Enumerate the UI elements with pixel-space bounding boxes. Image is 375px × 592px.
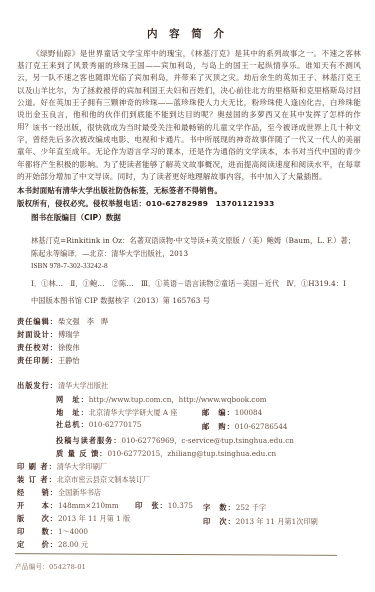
divider-rule — [15, 553, 337, 556]
address-value: 北京清华大学学研大厦 A 座 — [89, 408, 178, 417]
switchboard-line: 社总机：010-62770175 — [56, 420, 142, 430]
staff-cover-design: 封面设计：傅瑞学 — [17, 330, 80, 340]
product-code: 产品编号：054278-01 — [15, 561, 86, 571]
format-label: 开 本： — [17, 501, 58, 510]
binder-value: 北京市密云县京文制本装订厂 — [57, 475, 150, 484]
cip-line-title: 林基汀克=Rinkitink in Oz：名著双语读物·中文导读+英文原版 /（… — [31, 236, 366, 246]
distributor-label: 经 销： — [17, 488, 58, 497]
impression-value: 2013 年 11 月第1次印刷 — [236, 517, 318, 526]
sheets-value: 10.375 — [168, 501, 193, 510]
edition-line: 版 次：2013 年 11 月第 1 版 — [17, 514, 130, 524]
synopsis-paragraph-1: 《绿野仙踪》是世界童话文学宝库中的瑰宝，《林基汀克》是其中的系列故事之一。不速之… — [17, 48, 361, 133]
staff-label: 责任印制： — [17, 356, 58, 365]
format-value: 148mm×210mm — [58, 501, 119, 510]
switchboard-value: 010-62770175 — [89, 420, 142, 429]
staff-value: 徐俊伟 — [58, 343, 80, 352]
format-line: 开 本：148mm×210mm — [17, 501, 119, 511]
address-label: 地 址： — [56, 408, 89, 417]
postcode-label: 邮 编： — [202, 408, 235, 417]
word-count-label: 字 数： — [203, 503, 236, 512]
website-value[interactable]: http://www.tup.com.cn，http://www.wqbook.… — [89, 395, 267, 404]
page-title: 内 容 简 介 — [0, 26, 375, 41]
staff-value: 柴文强 李 晔 — [58, 317, 108, 326]
staff-editor: 责任编辑：柴文强 李 晔 — [17, 317, 108, 327]
copies-value: 1～4000 — [58, 527, 88, 536]
price-label: 定 价： — [17, 540, 58, 549]
distributor-value: 全国新华书店 — [58, 488, 101, 497]
word-count-line: 字 数：252 千字 — [203, 503, 266, 513]
synopsis-paragraph-2: 该书一经出版，很快就成为当时最受关注和最畅销的儿童文学作品，至今被译成世界上几十… — [17, 122, 361, 183]
binder-label: 装 订 者： — [17, 475, 57, 484]
printer-label: 印 刷 者： — [17, 462, 57, 471]
sheets-line: 印 张：10.375 — [135, 501, 193, 511]
cip-line-classification: Ⅰ．①林… Ⅱ．①鲍… ②陈… Ⅲ．①英语－语言读物②童话－美国－近代 Ⅳ．①H… — [31, 279, 366, 289]
reader-service-label: 投稿与读者服务： — [56, 436, 122, 445]
reader-service-value[interactable]: 010-62776969，c-service@tup.tsinghua.edu.… — [122, 436, 294, 445]
mail-order-label: 邮 购： — [202, 422, 235, 431]
impression-line: 印 次：2013 年 11 月第1次印刷 — [203, 517, 318, 527]
impression-label: 印 次： — [203, 517, 236, 526]
cip-heading: 图书在版编目（CIP）数据 — [31, 212, 121, 223]
website-line: 网 址：http://www.tup.com.cn，http://www.wqb… — [56, 395, 267, 405]
postcode-value: 100084 — [235, 408, 262, 417]
edition-value: 2013 年 11 月第 1 版 — [58, 514, 130, 523]
printer-line: 印 刷 者：清华大学印刷厂 — [17, 462, 107, 472]
cip-line-isbn: ISBN 978-7-302-33242-8 — [31, 262, 366, 270]
copyright-notice: 版权所有，侵权必究。侵权举报电话：010-62782989 1370112193… — [17, 198, 361, 209]
staff-label: 责任校对： — [17, 343, 58, 352]
publisher-value: 清华大学出版社 — [58, 381, 108, 390]
copies-label: 印 数： — [17, 527, 58, 536]
word-count-value: 252 千字 — [236, 503, 266, 512]
address-line: 地 址：北京清华大学学研大厦 A 座 — [56, 408, 178, 418]
quality-feedback-line: 质 量 反 馈：010-62772015，zhiliang@tup.tsingh… — [56, 449, 276, 459]
anti-counterfeit-notice: 本书封面贴有清华大学出版社防伪标签，无标签者不得销售。 — [17, 185, 361, 196]
edition-label: 版 次： — [17, 514, 58, 523]
staff-print-supervisor: 责任印制：王静怡 — [17, 356, 80, 366]
distributor-line: 经 销：全国新华书店 — [17, 488, 101, 498]
staff-label: 封面设计： — [17, 330, 58, 339]
price-value: 28.00 元 — [58, 540, 88, 549]
publisher-line: 出版发行：清华大学出版社 — [17, 381, 108, 391]
binder-line: 装 订 者：北京市密云县京文制本装订厂 — [17, 475, 150, 485]
staff-value: 王静怡 — [58, 356, 80, 365]
cip-line-publisher: 陈起永等编译．—北京：清华大学出版社，2013 — [31, 249, 366, 259]
website-label: 网 址： — [56, 395, 89, 404]
mail-order-line: 邮 购：010-62786544 — [202, 422, 288, 432]
sheets-label: 印 张： — [135, 501, 168, 510]
publisher-label: 出版发行： — [17, 381, 58, 390]
staff-proofreader: 责任校对：徐俊伟 — [17, 343, 80, 353]
reader-service-line: 投稿与读者服务：010-62776969，c-service@tup.tsing… — [56, 436, 294, 446]
postcode-line: 邮 编：100084 — [202, 408, 262, 418]
switchboard-label: 社总机： — [56, 420, 89, 429]
printer-value: 清华大学印刷厂 — [57, 462, 107, 471]
copyright-page: 内 容 简 介 《绿野仙踪》是世界童话文学宝库中的瑰宝，《林基汀克》是其中的系列… — [0, 0, 375, 592]
copies-line: 印 数：1～4000 — [17, 527, 88, 537]
mail-order-value: 010-62786544 — [235, 422, 288, 431]
staff-value: 傅瑞学 — [58, 330, 80, 339]
quality-feedback-value[interactable]: 010-62772015，zhiliang@tup.tsinghua.edu.c… — [107, 449, 276, 458]
price-line: 定 价：28.00 元 — [17, 540, 88, 550]
staff-label: 责任编辑： — [17, 317, 58, 326]
quality-feedback-label: 质 量 反 馈： — [56, 449, 107, 458]
cip-line-data-number: 中国版本图书馆 CIP 数据核字（2013）第 165763 号 — [31, 296, 366, 306]
